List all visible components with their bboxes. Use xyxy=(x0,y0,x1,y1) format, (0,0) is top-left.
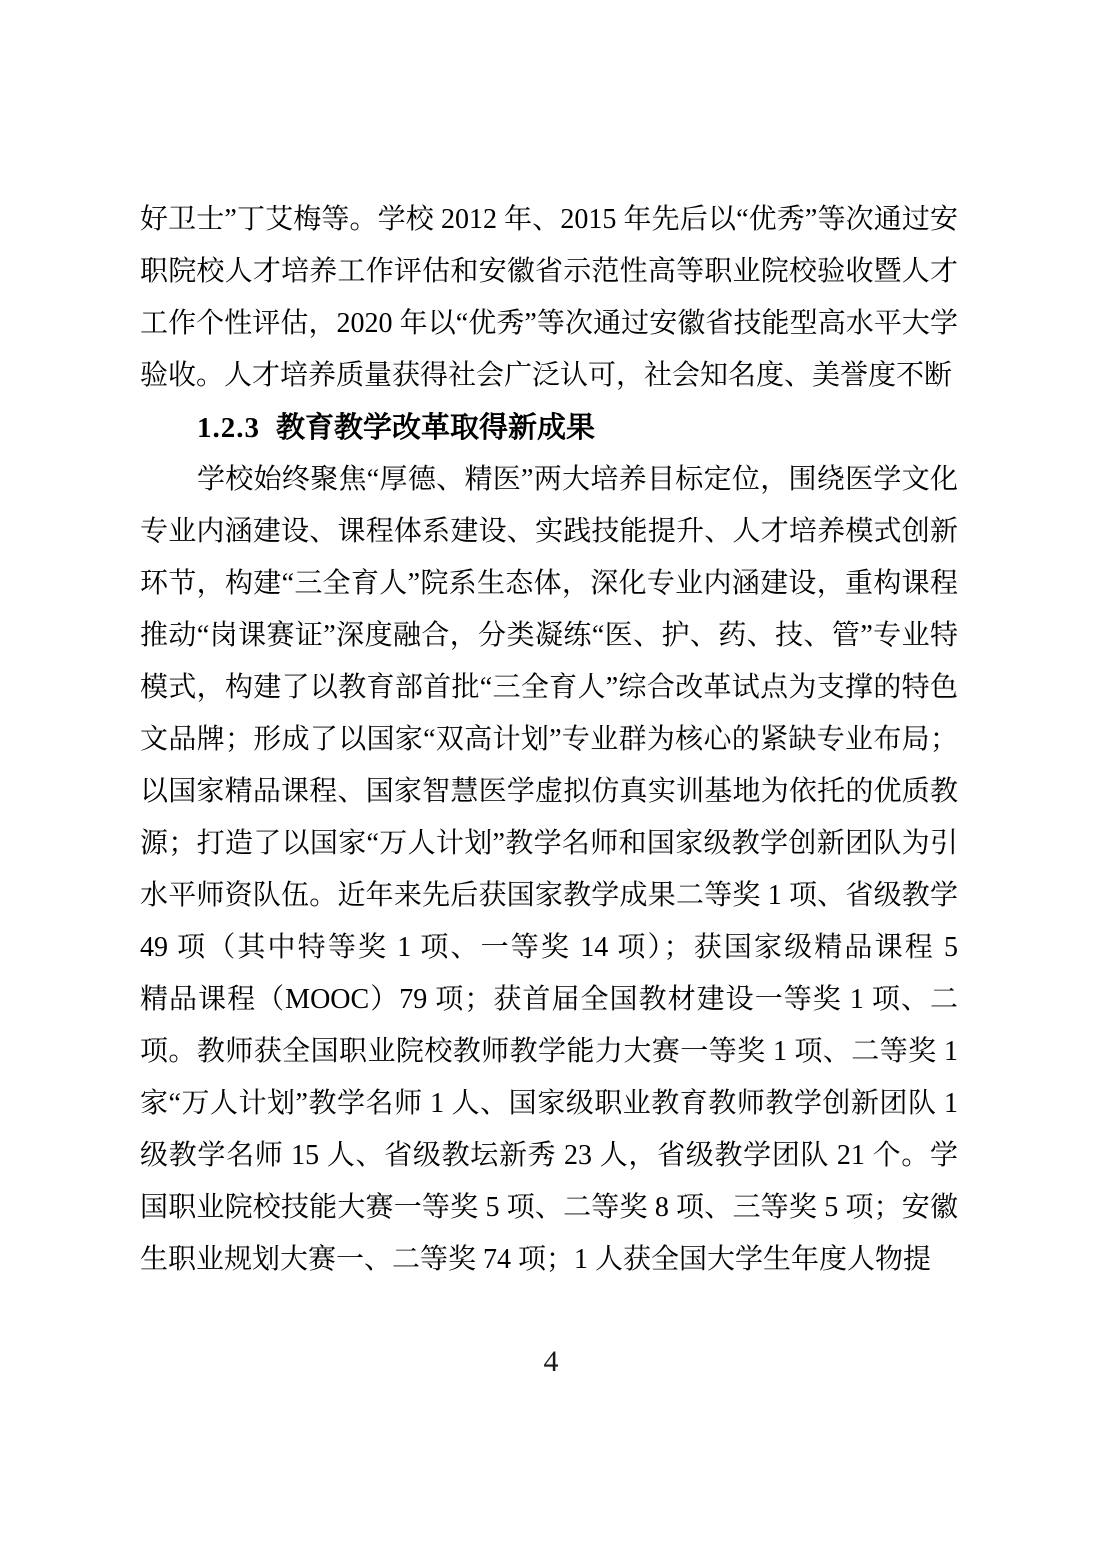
text-line: 精品课程（MOOC）79 项；获首届全国教材建设一等奖 1 项、二等奖 2 xyxy=(140,974,958,1026)
section-heading: 1.2.3教育教学改革取得新成果 xyxy=(140,402,958,454)
paragraph-intro: 好卫士”丁艾梅等。学校 2012 年、2015 年先后以“优秀”等次通过安徽省高… xyxy=(140,194,958,402)
text-line: 学校始终聚焦“厚德、精医”两大培养目标定位，围绕医学文化传承、 xyxy=(140,454,958,506)
text-line: 水平师资队伍。近年来先后获国家教学成果二等奖 1 项、省级教学成果奖 xyxy=(140,870,958,922)
text-line: 项。教师获全国职业院校教师教学能力大赛一等奖 1 项、二等奖 1 项，国 xyxy=(140,1026,958,1078)
section-heading-title: 教育教学改革取得新成果 xyxy=(276,412,595,444)
text-line: 环节，构建“三全育人”院系生态体，深化专业内涵建设，重构课程体系， xyxy=(140,558,958,610)
text-line: 工作个性评估，2020 年以“优秀”等次通过安徽省技能型高水平大学中期 xyxy=(140,298,958,350)
section-heading-number: 1.2.3 xyxy=(197,412,260,444)
text-line: 49 项（其中特等奖 1 项、一等奖 14 项）；获国家级精品课程 5 项，省级 xyxy=(140,922,958,974)
text-line: 好卫士”丁艾梅等。学校 2012 年、2015 年先后以“优秀”等次通过安徽省高 xyxy=(140,194,958,246)
text-line: 级教学名师 15 人、省级教坛新秀 23 人，省级教学团队 21 个。学生获全 xyxy=(140,1130,958,1182)
text-line: 验收。人才培养质量获得社会广泛认可，社会知名度、美誉度不断提高。 xyxy=(140,350,958,402)
page-number: 4 xyxy=(0,1338,1102,1386)
text-line: 文品牌；形成了以国家“双高计划”专业群为核心的紧缺专业布局；建设了 xyxy=(140,714,958,766)
text-line: 专业内涵建设、课程体系建设、实践技能提升、人才培养模式创新等五个 xyxy=(140,506,958,558)
text-block: 好卫士”丁艾梅等。学校 2012 年、2015 年先后以“优秀”等次通过安徽省高… xyxy=(140,194,958,1286)
text-line: 推动“岗课赛证”深度融合，分类凝练“医、护、药、技、管”专业特色育人 xyxy=(140,610,958,662)
text-line: 源；打造了以国家“万人计划”教学名师和国家级教学创新团队为引领的高 xyxy=(140,818,958,870)
text-line: 国职业院校技能大赛一等奖 5 项、二等奖 8 项、三等奖 5 项；安徽省大学 xyxy=(140,1182,958,1234)
text-line: 家“万人计划”教学名师 1 人、国家级职业教育教师教学创新团队 1 个、省 xyxy=(140,1078,958,1130)
text-line: 职院校人才培养工作评估和安徽省示范性高等职业院校验收暨人才培养 xyxy=(140,246,958,298)
text-line: 生职业规划大赛一、二等奖 74 项；1 人获全国大学生年度人物提名。 xyxy=(140,1234,958,1286)
document-page: 好卫士”丁艾梅等。学校 2012 年、2015 年先后以“优秀”等次通过安徽省高… xyxy=(0,0,1102,1559)
text-line: 以国家精品课程、国家智慧医学虚拟仿真实训基地为依托的优质教学资 xyxy=(140,766,958,818)
paragraph-reform: 学校始终聚焦“厚德、精医”两大培养目标定位，围绕医学文化传承、 专业内涵建设、课… xyxy=(140,454,958,1286)
text-line: 模式，构建了以教育部首批“三全育人”综合改革试点为支撑的特色医学人 xyxy=(140,662,958,714)
